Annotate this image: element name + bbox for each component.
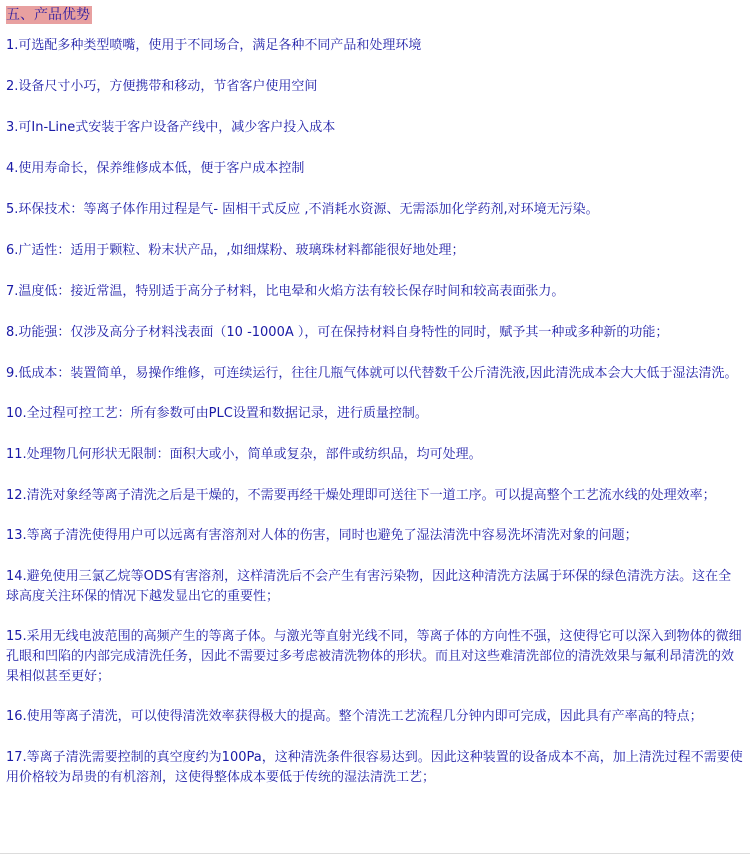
advantage-item-5: 5.环保技术：等离子体作用过程是气- 固相干式反应 ,不消耗水资源、无需添加化学… [6, 200, 744, 220]
advantage-item-6: 6.广适性：适用于颗粒、粉末状产品，,如细煤粉、玻璃珠材料都能很好地处理； [6, 241, 744, 261]
advantage-item-4: 4.使用寿命长，保养维修成本低，便于客户成本控制 [6, 159, 744, 179]
advantage-item-17: 17.等离子清洗需要控制的真空度约为100Pa，这种清洗条件很容易达到。因此这种… [6, 748, 744, 788]
advantage-item-7: 7.温度低：接近常温，特别适于高分子材料，比电晕和火焰方法有较长保存时间和较高表… [6, 282, 744, 302]
advantage-item-9: 9.低成本：装置简单，易操作维修，可连续运行，往往几瓶气体就可以代替数千公斤清洗… [6, 364, 744, 384]
advantage-item-14: 14.避免使用三氯乙烷等ODS有害溶剂，这样清洗后不会产生有害污染物，因此这种清… [6, 567, 744, 607]
advantage-item-15: 15.采用无线电波范围的高频产生的等离子体。与激光等直射光线不同，等离子体的方向… [6, 627, 744, 687]
section-heading: 五、产品优势 [6, 6, 92, 24]
advantage-item-1: 1.可选配多种类型喷嘴，使用于不同场合，满足各种不同产品和处理环境 [6, 36, 744, 56]
advantage-item-2: 2.设备尺寸小巧，方便携带和移动，节省客户使用空间 [6, 77, 744, 97]
advantage-item-3: 3.可In-Line式安装于客户设备产线中，减少客户投入成本 [6, 118, 744, 138]
advantage-item-11: 11.处理物几何形状无限制：面积大或小，简单或复杂，部件或纺织品，均可处理。 [6, 445, 744, 465]
product-advantages-document: 五、产品优势 1.可选配多种类型喷嘴，使用于不同场合，满足各种不同产品和处理环境… [0, 0, 750, 854]
advantage-item-13: 13.等离子清洗使得用户可以远离有害溶剂对人体的伤害，同时也避免了湿法清洗中容易… [6, 526, 744, 546]
advantage-item-12: 12.清洗对象经等离子清洗之后是干燥的，不需要再经干燥处理即可送往下一道工序。可… [6, 486, 744, 506]
advantage-item-10: 10.全过程可控工艺：所有参数可由PLC设置和数据记录，进行质量控制。 [6, 404, 744, 424]
advantage-item-8: 8.功能强：仅涉及高分子材料浅表面（10 -1000A ），可在保持材料自身特性… [6, 323, 744, 343]
advantage-item-16: 16.使用等离子清洗，可以使得清洗效率获得极大的提高。整个清洗工艺流程几分钟内即… [6, 707, 744, 727]
